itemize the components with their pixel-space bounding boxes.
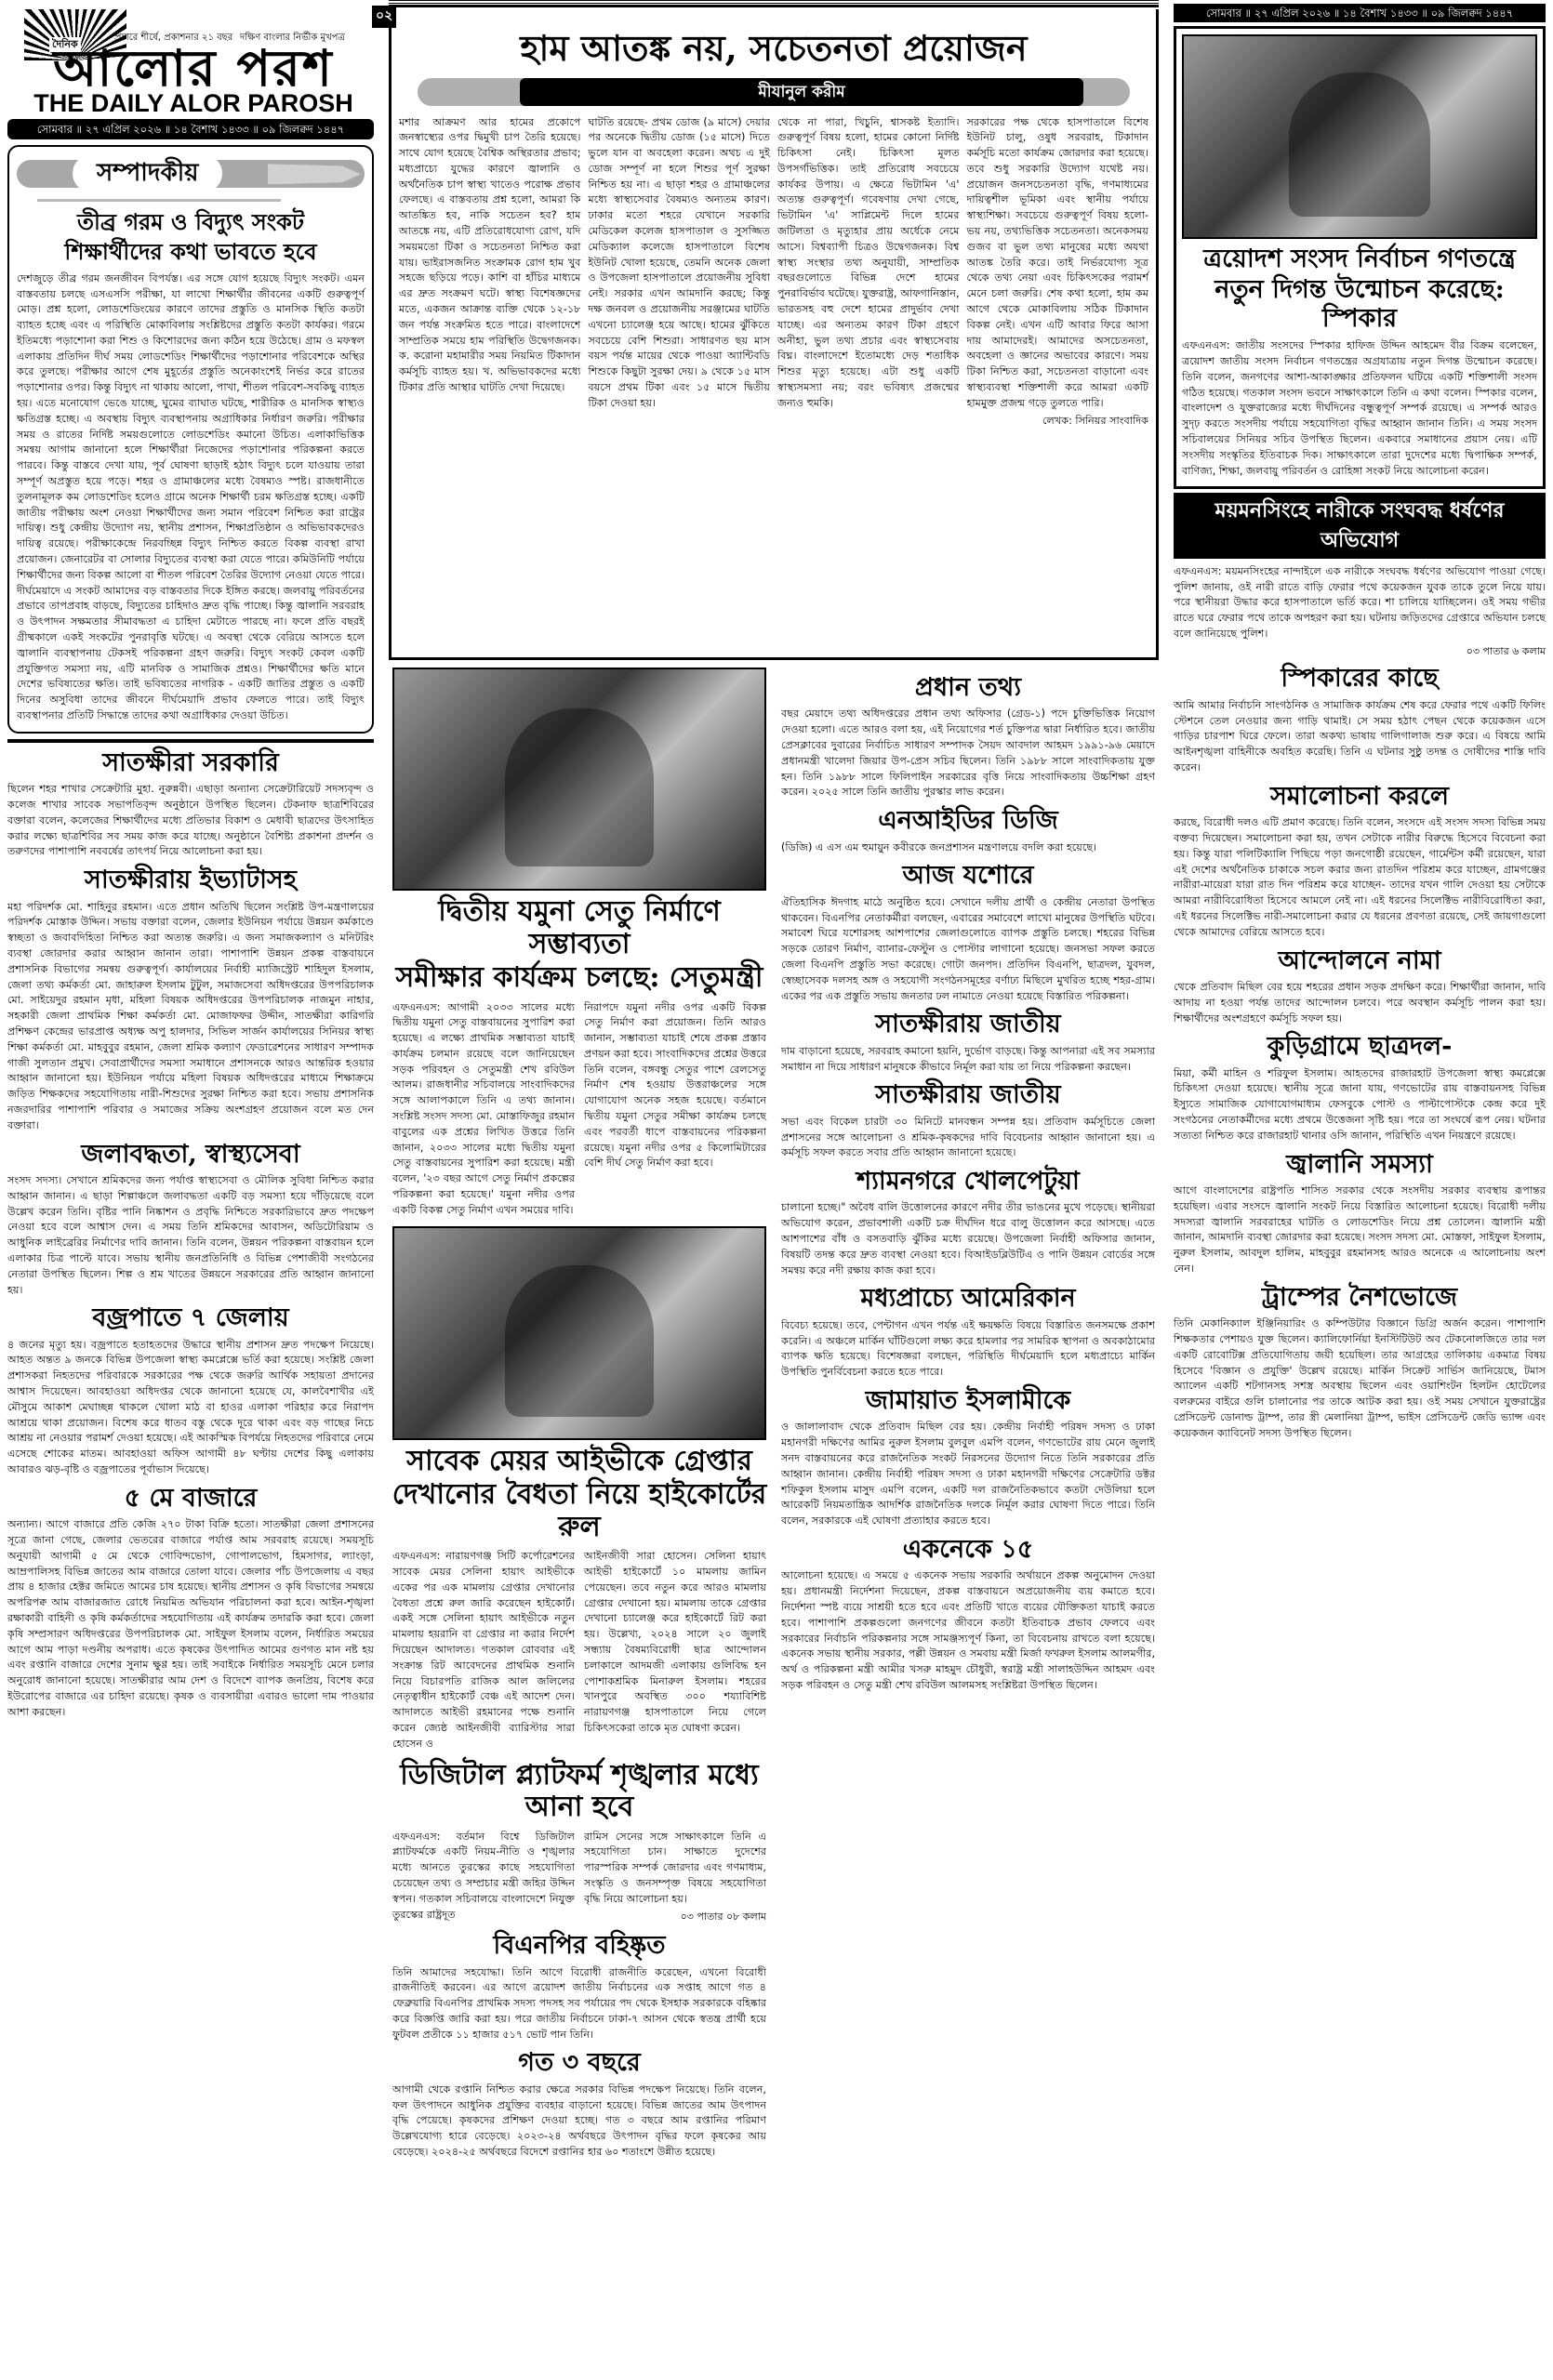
editorial-banner: সম্পাদকীয়: [17, 152, 365, 193]
info-title: প্রধান তথ্য: [781, 673, 1155, 703]
ivy-arrest-photo: [392, 1226, 766, 1440]
article-body: মহা পরিদর্শক মো. শাহিনুর রহমান। এতে প্রধ…: [7, 900, 374, 1134]
fuel-body: আগে বাংলাদেশের রাষ্ট্রপতি শাসিত সরকার থে…: [1174, 1183, 1546, 1277]
column-4: সোমবার ॥ ২৭ এপ্রিল ২০২৬ ॥ ১৪ বৈশাখ ১৪৩৩ …: [1164, 0, 1553, 2380]
author-footer: লেখক: সিনিয়র সাংবাদিক: [967, 414, 1149, 430]
bnp-body: তিনি আমাদের সহযোদ্ধা। তিনি আগে বিরোধী রা…: [389, 1965, 770, 2043]
lead-article: হাম আতঙ্ক নয়, সচেতনতা প্রয়োজন মীযানুল …: [389, 0, 1159, 662]
bnp-title: বিএনপির বহিষ্কৃত: [389, 1931, 770, 1961]
lead-article-col-d: সরকারের পক্ষ থেকে হাসপাতালে বিশেষ ইউনিট …: [967, 115, 1149, 412]
article-lightning: বজ্রপাতে ৭ জেলায় ৪ জনের মৃত্যু হয়। বজ্…: [7, 1303, 374, 1478]
nid-body: (ডিজি) এ এস এম হুমায়ুন কবীরকে জনপ্রশাসন…: [781, 840, 1155, 856]
article-body: ছিলেন শহর শাখার সেক্রেটারি মুহা. নুরুন্ন…: [7, 782, 374, 860]
speaker2-body: আমি আমার নির্বাচনি সাংগঠনিক ও সামাজিক কা…: [1174, 698, 1546, 776]
column-2: দ্বিতীয় যমুনা সেতু নির্মাণে সম্ভাব্যতা …: [389, 668, 770, 2380]
masthead: দৈনিক প্রচারে শীর্ষে, প্রকাশনার ২১ বছর দ…: [7, 6, 374, 115]
speaker2-title: স্পিকারের কাছে: [1174, 664, 1546, 694]
article-heading: ৫ মে বাজারে: [7, 1484, 374, 1514]
mymensingh-title: ময়মনসিংহে নারীকে সংঘবদ্ধ ধর্ষণের অভিযোগ: [1174, 493, 1546, 558]
jashore-body: ঐতিহাসিক ঈদগাহ মাঠে অনুষ্ঠিত হবে। সেখানে…: [781, 895, 1155, 1005]
shyamnagar-body: চালানো হচ্ছে।" অবৈধ বালি উত্তোলনের কারণে…: [781, 1200, 1155, 1278]
last3-body: আগামী থেকে রপ্তানি নিশ্চিত করার ক্ষেত্রে…: [389, 2082, 770, 2161]
digital-col-b: রামিস সেনের সঙ্গে সাক্ষাৎকালে তিনি এ সহয…: [584, 1830, 766, 1908]
info-body: বছর মেয়াদে তথ্য অধিদপ্তরের প্রধান তথ্য …: [781, 707, 1155, 800]
fuel-title: জ্বালানি সমস্যা: [1174, 1150, 1546, 1180]
ivy-title-2: দেখানোর বৈধতা নিয়ে হাইকোর্টের রুল: [389, 1479, 770, 1543]
article-mango-market: ৫ মে বাজারে অন্যান্য। আগে বাজারে প্রতি ক…: [7, 1484, 374, 1721]
lead-article-title: হাম আতঙ্ক নয়, সচেতনতা প্রয়োজন: [399, 9, 1148, 71]
kurigram-title: কুড়িগ্রামে ছাত্রদল-: [1174, 1032, 1546, 1062]
ecnec-body: আলোচনা হয়েছে। এ সময়ে ৫ একনেক সভায় সরক…: [781, 1568, 1155, 1693]
speaker-title-2: নতুন দিগন্ত উন্মোচন করেছে: স্পিকার: [1182, 275, 1537, 333]
article-heading: বজ্রপাতে ৭ জেলায়: [7, 1303, 374, 1333]
movement-title: আন্দোলনে নামা: [1174, 946, 1546, 976]
article-body: অন্যান্য। আগে বাজারে প্রতি কেজি ২৭০ টাকা…: [7, 1517, 374, 1720]
kurigram-body: মিয়া, কর্মী মাহিন ও শরিফুল ইসলাম। আহতদে…: [1174, 1066, 1546, 1144]
column-1: দৈনিক প্রচারে শীর্ষে, প্রকাশনার ২১ বছর দ…: [0, 0, 381, 2380]
continued-label: ০৩ পাতার ০৮ কলাম: [584, 1910, 766, 1924]
trump-body: তিনি মেকানিক্যাল ইঞ্জিনিয়ারিং ও কম্পিউট…: [1174, 1316, 1546, 1441]
bridge-title-2: সমীক্ষার কার্যক্রম চলছে: সেতুমন্ত্রী: [389, 962, 770, 995]
middle-east-title: মধ্যপ্রাচ্যে আমেরিকান: [781, 1284, 1155, 1314]
masthead-date: সোমবার ॥ ২৭ এপ্রিল ২০২৬ ॥ ১৪ বৈশাখ ১৪৩৩ …: [7, 119, 374, 139]
bridge-title-1: দ্বিতীয় যমুনা সেতু নির্মাণে সম্ভাব্যতা: [389, 896, 770, 960]
bridge-col-b: নিরাপদে যমুনা নদীর ওপর একটি বিকল্প সেতু …: [584, 1000, 766, 1219]
bridge-minister-photo: [392, 668, 766, 891]
masthead-title-en: THE DAILY ALOR PAROSH: [7, 91, 379, 116]
editorial-label: সম্পাদকীয়: [73, 154, 222, 192]
column-4-date: সোমবার ॥ ২৭ এপ্রিল ২০২৬ ॥ ১৪ বৈশাখ ১৪৩৩ …: [1174, 4, 1546, 22]
author-name: মীযানুল করীম: [520, 78, 1083, 106]
speaker-article-frame: ত্রয়োদশ সংসদ নির্বাচন গণতন্ত্রে নতুন দি…: [1174, 26, 1546, 489]
speaker-body: এফএনএস: জাতীয় সংসদের স্পিকার হাফিজ উদ্দ…: [1182, 338, 1537, 479]
critic-body: করছে, বিরোধী দলও এটি প্রমাণ করেছে। তিনি …: [1174, 815, 1546, 940]
lead-article-col-b: ঘাটতি রয়েছে- প্রথম ডোজ (৯ মাসে) দেয়ার …: [589, 115, 771, 430]
ivy-col-b: আইনজীবী সারা হোসেন। সেলিনা হায়াৎ আইভী হ…: [584, 1549, 766, 1752]
article-heading: সাতক্ষীরায় ইভ্যাটাসহ: [7, 866, 374, 895]
article-waterlogging: জলাবদ্ধতা, স্বাস্থ্যসেবা সংসদ সদস্য। সেখ…: [7, 1140, 374, 1299]
nid-title: এনআইডির ডিজি: [781, 806, 1155, 836]
bridge-col-a: এফএনএস: আগামী ২০৩৩ সালের মধ্যে দ্বিতীয় …: [392, 1000, 575, 1219]
ivy-col-a: এফএনএস: নারায়ণগঞ্জ সিটি কর্পোরেশনের সাব…: [392, 1549, 575, 1752]
byline: মীযানুল করীম: [399, 76, 1148, 108]
movement-body: থেকে প্রতিবাদ মিছিল বের হয়ে শহরের প্রধা…: [1174, 980, 1546, 1026]
page-number: ০২: [372, 6, 396, 28]
mymensingh-body: এফএনএস: ময়মনসিংহের নান্দাইলে এক নারীকে …: [1174, 564, 1546, 642]
satkhira-national-1-title: সাতক্ষীরায় জাতীয়: [781, 1010, 1155, 1039]
jashore-title: আজ যশোরে: [781, 861, 1155, 891]
middle-east-body: বিবেচ্য হয়েছে। তবে, পেন্টাগন এখন পর্যন্…: [781, 1318, 1155, 1381]
satkhira-national-2-body: সভা এবং বিকেল চারটা ৩০ মিনিটে মানবন্ধন স…: [781, 1115, 1155, 1161]
article-heading: সাতক্ষীরা সরকারি: [7, 748, 374, 778]
article-heading: জলাবদ্ধতা, স্বাস্থ্যসেবা: [7, 1140, 374, 1170]
ivy-title-1: সাবেক মেয়র আইভীকে গ্রেপ্তার: [389, 1446, 770, 1478]
lead-article-col-c: থেকে না পারা, খিচুনি, শ্বাসকষ্ট ইত্যাদি।…: [777, 115, 960, 430]
speaker-title-1: ত্রয়োদশ সংসদ নির্বাচন গণতন্ত্রে: [1182, 245, 1537, 273]
editorial-body: দেশজুড়ে তীব্র গরম জনজীবন বিপর্যস্ত। এর …: [17, 271, 365, 724]
lead-article-col-a: মশার আক্রমণ আর হামের প্রকোপে জনস্বাস্থ্য…: [399, 115, 581, 430]
digital-title: ডিজিটাল প্ল্যাটফর্ম শৃঙ্খলার মধ্যে আনা হ…: [389, 1760, 770, 1824]
article-satkhira-govt: সাতক্ষীরা সরকারি ছিলেন শহর শাখার সেক্রেট…: [7, 748, 374, 860]
column-3: প্রধান তথ্য বছর মেয়াদে তথ্য অধিদপ্তরের …: [777, 668, 1159, 2380]
jamaat-title: জামায়াত ইসলামীকে: [781, 1386, 1155, 1416]
article-body: ৪ জনের মৃত্যু হয়। বজ্রপাতে হতাহতদের উদ্…: [7, 1338, 374, 1478]
editorial-title-2: শিক্ষার্থীদের কথা ভাবতে হবে: [17, 237, 365, 266]
article-satkhira-evtax: সাতক্ষীরায় ইভ্যাটাসহ মহা পরিদর্শক মো. শ…: [7, 866, 374, 1133]
ecnec-title: একনেকে ১৫: [781, 1535, 1155, 1565]
satkhira-national-2-title: সাতক্ষীরায় জাতীয়: [781, 1080, 1155, 1110]
satkhira-national-1-body: দাম বাড়ানো হয়েছে, সরবরাহ কমানো হয়নি, …: [781, 1044, 1155, 1076]
jamaat-body: ও জালালাবাদ থেকে প্রতিবাদ মিছিল বের হয়।…: [781, 1420, 1155, 1529]
editorial-box: সম্পাদকীয় তীব্র গরম ও বিদ্যুৎ সংকট শিক্…: [7, 145, 374, 733]
speaker-meeting-photo: [1182, 34, 1537, 239]
last3-title: গত ৩ বছরে: [389, 2048, 770, 2078]
masthead-title-bn: আলোর পরশ: [7, 43, 379, 93]
continued-label: ০৩ পাতার ৬ কলাম: [1174, 644, 1546, 659]
article-body: সংসদ সদস্য। সেখানে শ্রমিকদের জন্য পর্যাপ…: [7, 1173, 374, 1298]
digital-col-a: এফএনএস: বর্তমান বিশ্বে ডিজিটাল প্ল্যাটফর…: [392, 1830, 575, 1924]
critic-title: সমালোচনা করলে: [1174, 782, 1546, 812]
editorial-title-1: তীব্র গরম ও বিদ্যুৎ সংকট: [17, 207, 365, 236]
trump-title: ট্রাম্পের নৈশভোজে: [1174, 1283, 1546, 1313]
shyamnagar-title: শ্যামনগরে খোলপেটুয়া: [781, 1167, 1155, 1197]
